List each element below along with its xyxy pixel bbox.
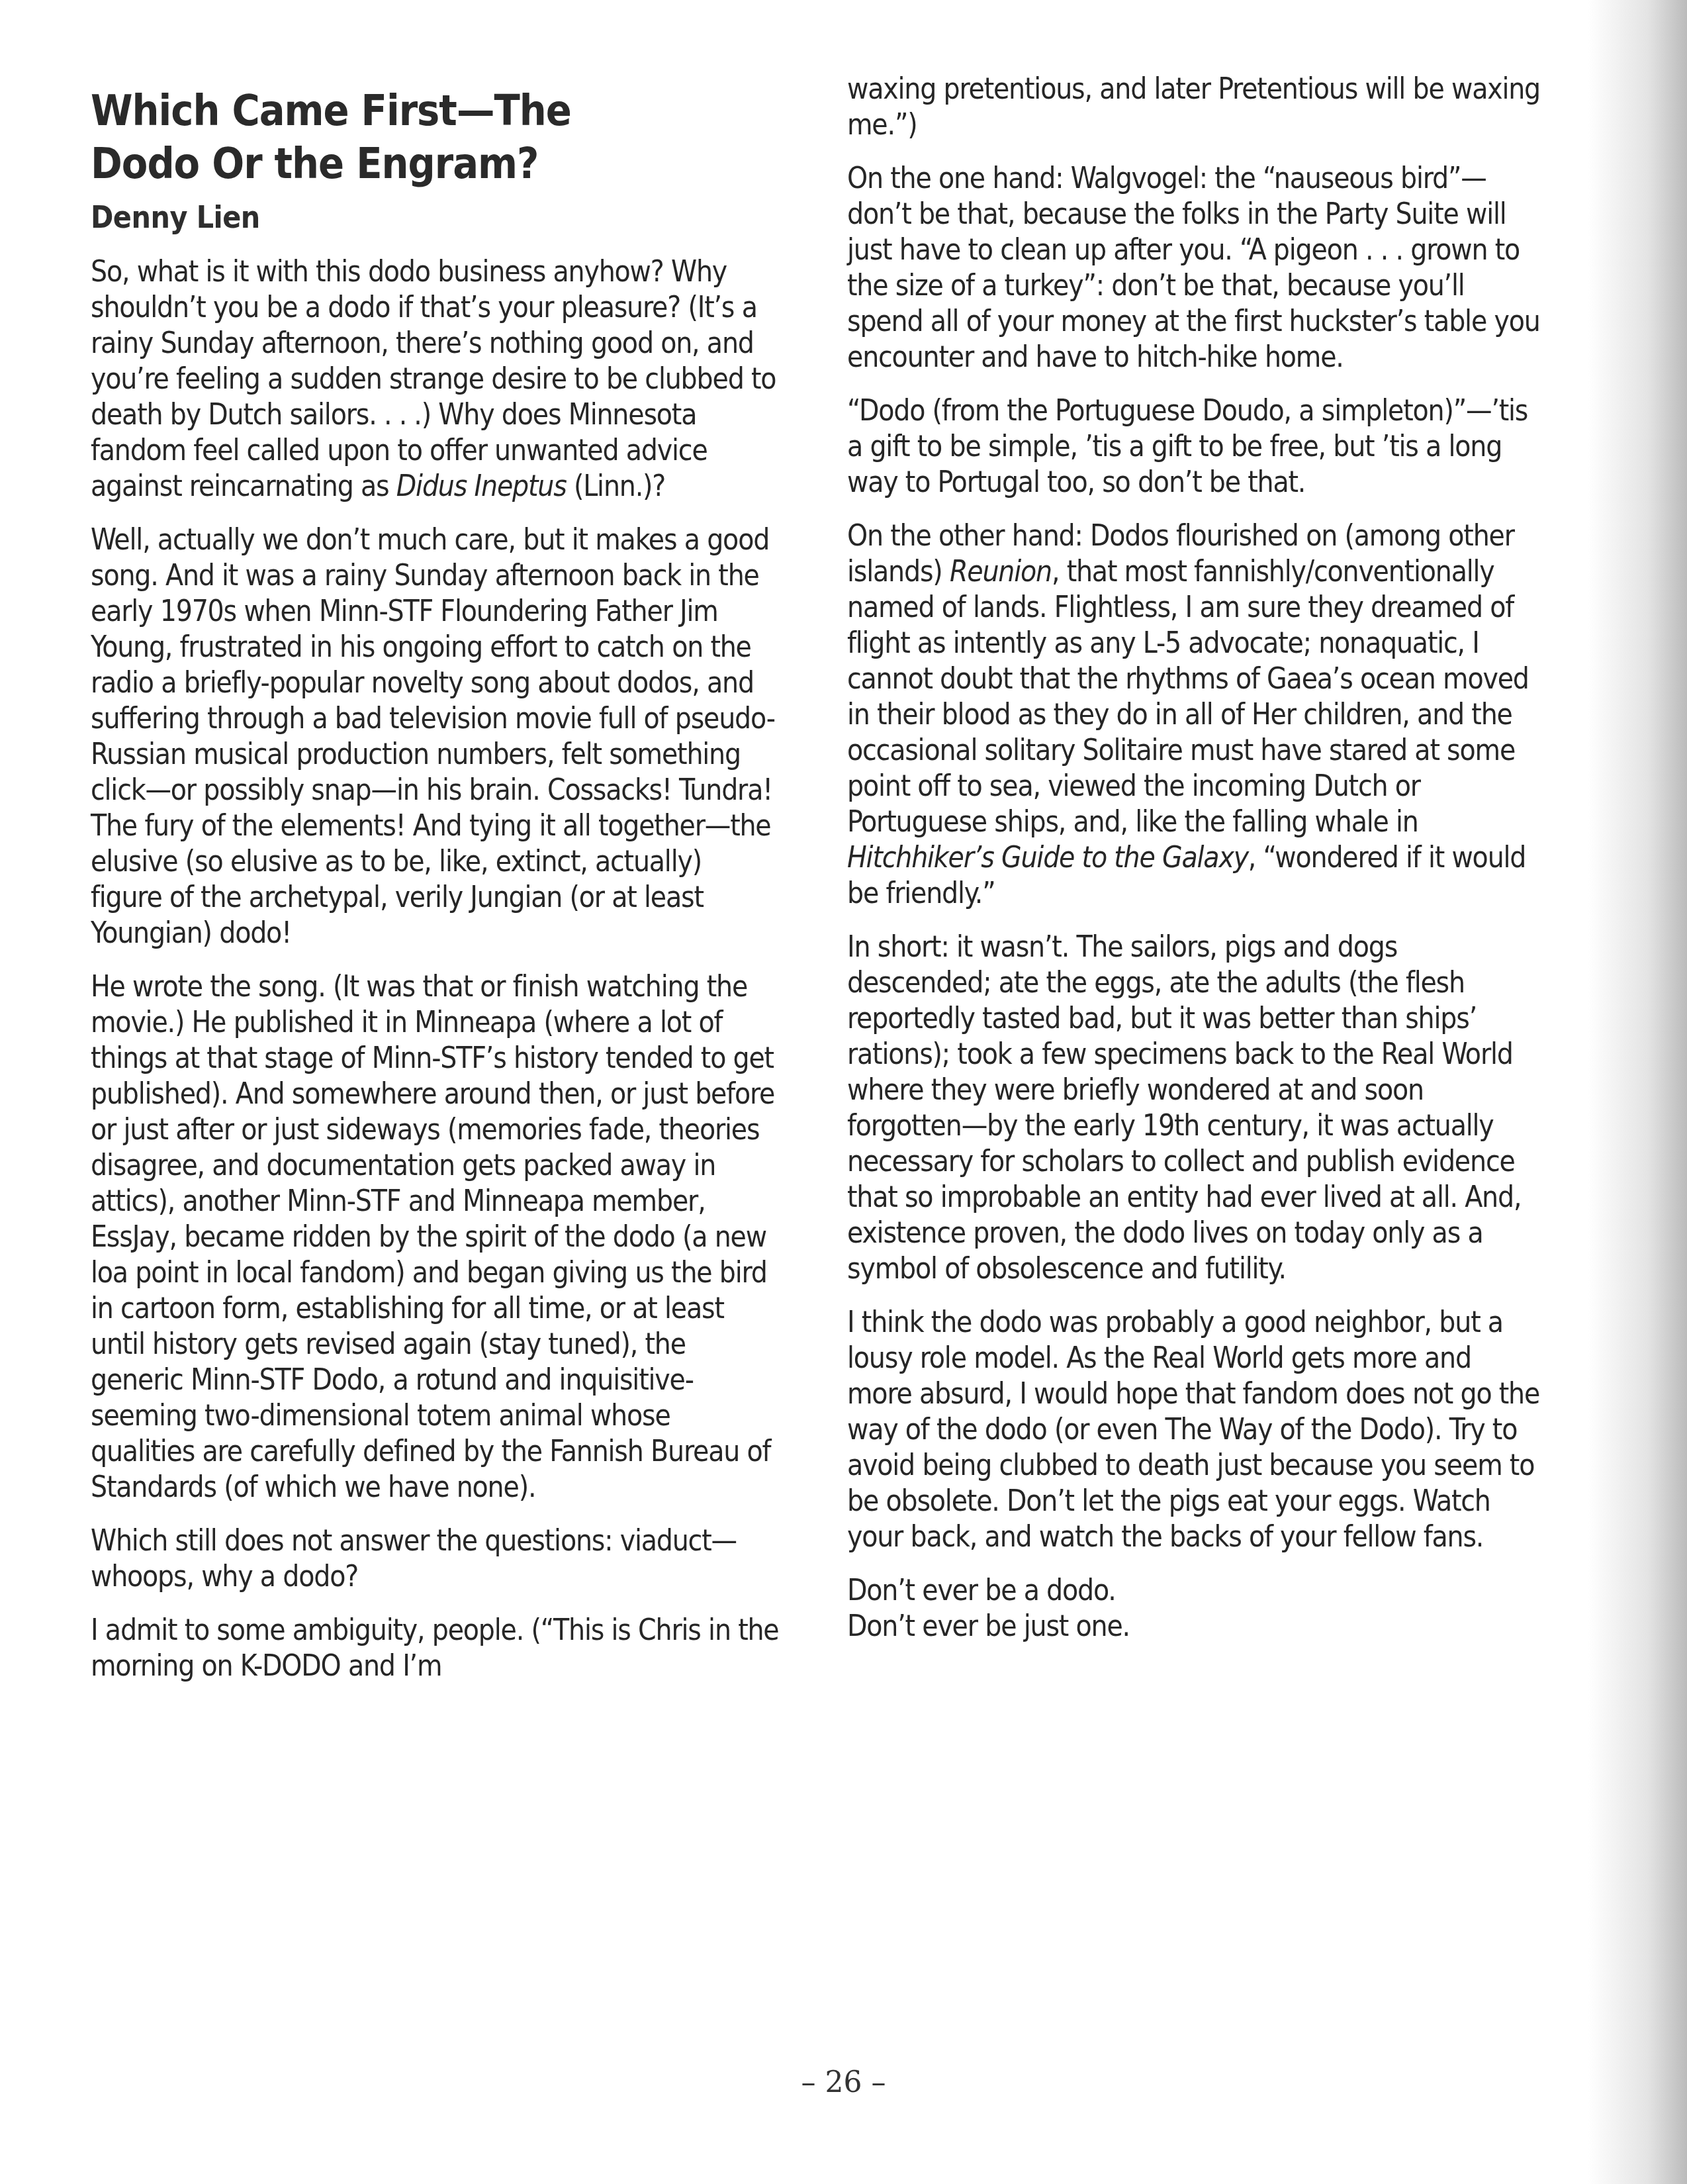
page-number: – 26 – [0, 2065, 1687, 2099]
paragraph: Which still does not answer the question… [91, 1523, 779, 1595]
paragraph: waxing pretentious, and later Pretentiou… [847, 71, 1542, 143]
paragraph: On the one hand: Walgvogel: the “nauseou… [847, 161, 1542, 375]
italic-species-name: Didus Ineptus [396, 469, 567, 503]
paragraph: He wrote the song. (It was that or finis… [91, 969, 779, 1505]
title-line-1: Which Came First—The [91, 87, 571, 136]
italic-place-name: Reunion [950, 555, 1052, 589]
scan-edge-shadow [1588, 0, 1687, 2184]
paragraph: I admit to some ambiguity, people. (“Thi… [91, 1613, 779, 1684]
closing-line-2: Don’t ever be just one. [847, 1609, 1130, 1643]
article-author: Denny Lien [91, 199, 779, 236]
closing-lines: Don’t ever be a dodo. Don’t ever be just… [847, 1573, 1542, 1644]
left-column: Which Came First—The Dodo Or the Engram?… [91, 85, 779, 1684]
right-column: waxing pretentious, and later Pretentiou… [847, 71, 1542, 1644]
paragraph: In short: it wasn’t. The sailors, pigs a… [847, 929, 1542, 1287]
paragraph: I think the dodo was probably a good nei… [847, 1305, 1542, 1555]
title-line-2: Dodo Or the Engram? [91, 140, 538, 189]
paragraph: Well, actually we don’t much care, but i… [91, 522, 779, 951]
closing-line-1: Don’t ever be a dodo. [847, 1574, 1116, 1607]
paragraph: On the other hand: Dodos flourished on (… [847, 518, 1542, 912]
paragraph: “Dodo (from the Portuguese Doudo, a simp… [847, 393, 1542, 500]
italic-book-title: Hitchhiker’s Guide to the Galaxy [847, 841, 1248, 875]
paragraph: So, what is it with this dodo business a… [91, 254, 779, 504]
article-title: Which Came First—The Dodo Or the Engram? [91, 85, 779, 191]
